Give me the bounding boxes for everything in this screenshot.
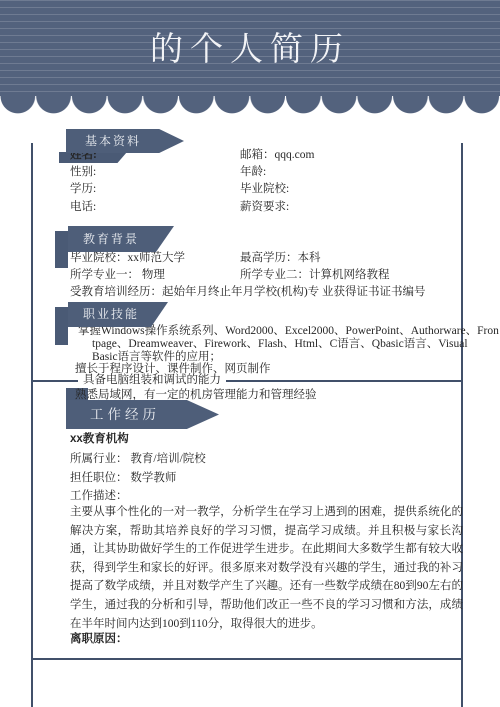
- field-school: 毕业院校:: [240, 181, 462, 198]
- field-graduate-school: 毕业院校：xx师范大学: [70, 250, 240, 267]
- education-fields: 毕业院校：xx师范大学 最高学历：本科 所学专业一： 物理 所学专业二：计算机网…: [70, 250, 462, 301]
- basic-info-fields: 姓名: 邮箱：qqq.com 性别: 年龄: 学历: 毕业院校: 电话: 薪资要…: [70, 147, 462, 216]
- field-highest-degree: 最高学历：本科: [240, 250, 462, 267]
- divider-line-bottom: [31, 658, 463, 660]
- section-banner-work-label: 工作经历: [90, 407, 160, 422]
- skill-line: tpage、Dreamweaver、Firework、Flash、Html、C语…: [92, 338, 468, 351]
- banner-fold-education: [55, 231, 68, 268]
- work-description: 主要从事个性化的一对一教学，分析学生在学习上遇到的困难，提供系统化的解决方案，帮…: [70, 503, 463, 633]
- basic-info-row: 学历: 毕业院校:: [70, 181, 462, 198]
- field-training-history: 受教育培训经历：起始年月终止年月学校(机构)专 业获得证书证书编号: [70, 284, 462, 301]
- work-company: xx教育机构: [70, 430, 129, 446]
- work-position: 担任职位： 数学教师: [70, 470, 176, 487]
- education-row: 所学专业一： 物理 所学专业二：计算机网络教程: [70, 267, 462, 284]
- section-banner-skills-label: 职业技能: [83, 307, 139, 321]
- scallop-edge: [0, 96, 500, 115]
- education-row: 毕业院校：xx师范大学 最高学历：本科: [70, 250, 462, 267]
- field-email: 邮箱：qqq.com: [240, 147, 462, 164]
- section-banner-basic-info: 基本资料: [66, 129, 184, 153]
- field-major-2: 所学专业二：计算机网络教程: [240, 267, 462, 284]
- field-gender: 性别:: [70, 164, 240, 181]
- resume-header: 的个人简历: [0, 0, 500, 96]
- resume-page: 的个人简历 基本资料 姓名: 邮箱：qqq.com 性别: 年龄: 学历: 毕业…: [0, 0, 500, 707]
- page-title: 的个人简历: [0, 0, 500, 70]
- field-phone: 电话:: [70, 199, 240, 216]
- leave-reason-label: 离职原因：: [70, 630, 128, 646]
- work-industry: 所属行业： 教育/培训/院校: [70, 451, 206, 468]
- skill-line: 具备电脑组装和调试的能力: [78, 374, 226, 387]
- field-age: 年龄:: [240, 164, 462, 181]
- basic-info-row: 电话: 薪资要求:: [70, 199, 462, 216]
- left-border-line: [31, 143, 33, 707]
- banner-fold-skills: [55, 307, 68, 345]
- section-banner-skills: 职业技能: [68, 302, 168, 327]
- section-banner-work: 工作经历: [66, 400, 219, 429]
- section-banner-education-label: 教育背景: [83, 232, 139, 246]
- field-major-1: 所学专业一： 物理: [70, 267, 240, 284]
- section-banner-education: 教育背景: [68, 226, 174, 252]
- basic-info-row: 性别: 年龄:: [70, 164, 462, 181]
- field-salary: 薪资要求:: [240, 199, 462, 216]
- section-banner-basic-info-label: 基本资料: [85, 134, 141, 148]
- field-degree: 学历:: [70, 181, 240, 198]
